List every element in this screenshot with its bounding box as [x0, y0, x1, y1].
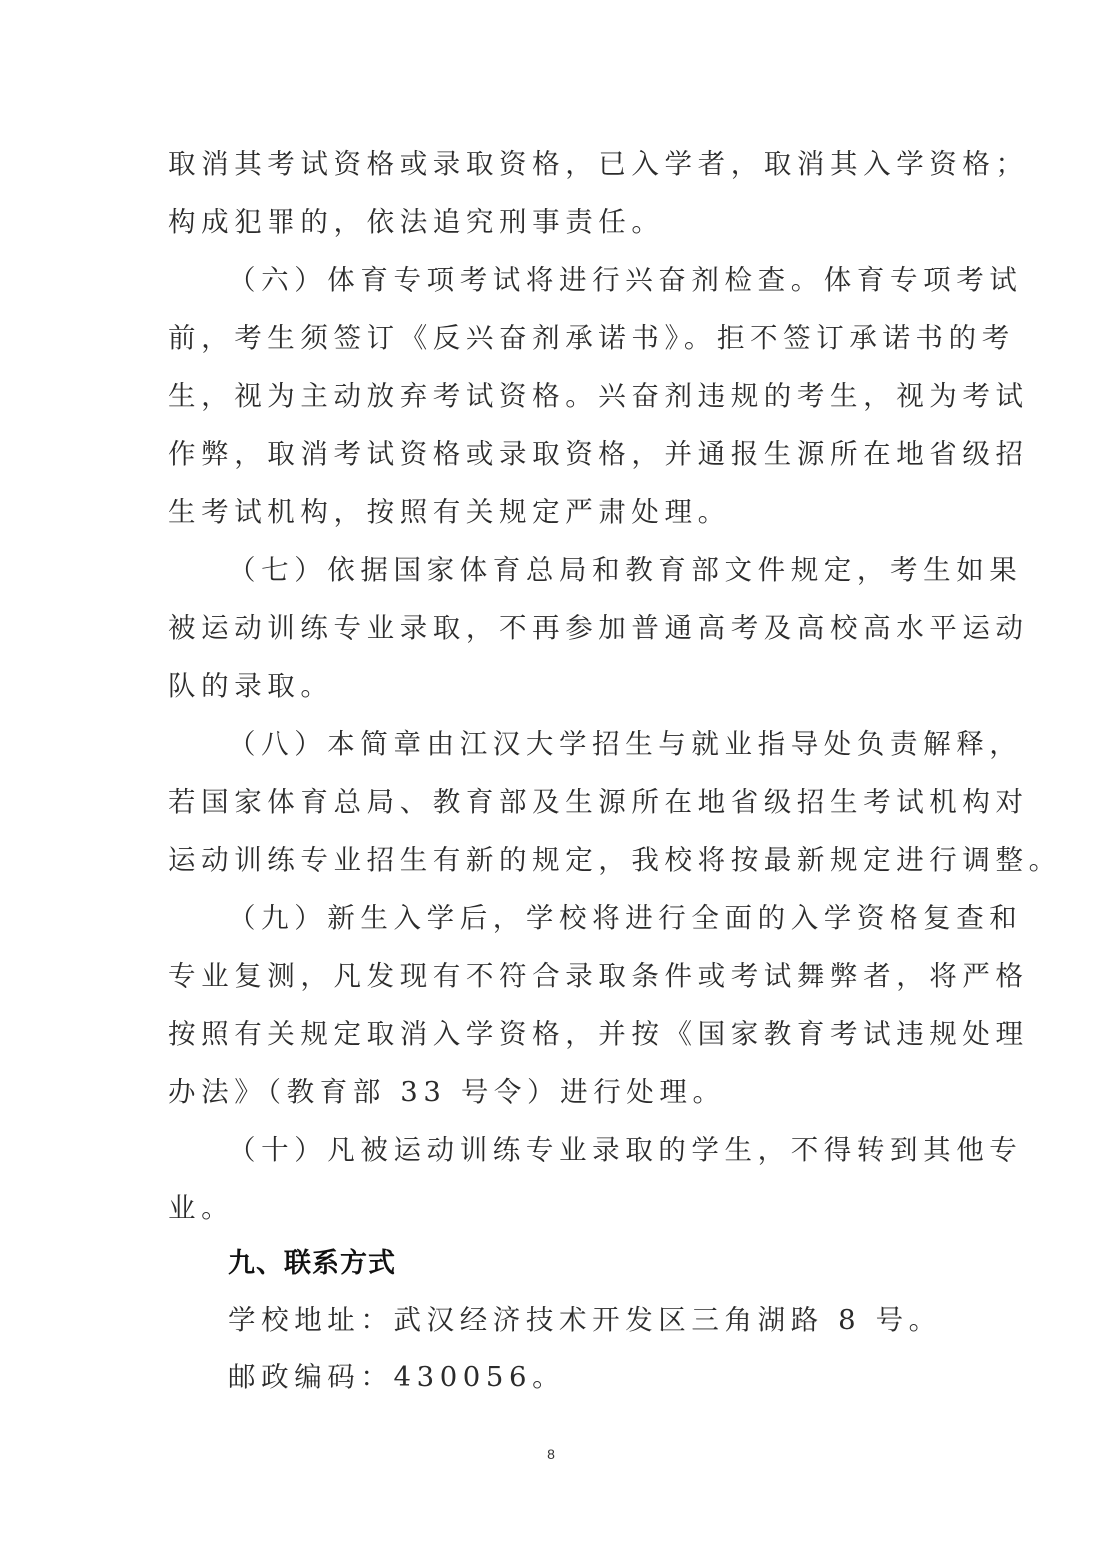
page-number: 8 — [0, 1446, 1102, 1462]
paragraph-line: 业。 — [168, 1188, 234, 1228]
document-page: 取消其考试资格或录取资格，已入学者，取消其入学资格； 构成犯罪的，依法追究刑事责… — [0, 0, 1102, 1559]
paragraph-line: 办法》（教育部 33 号令）进行处理。 — [168, 1072, 726, 1112]
paragraph-line: （九）新生入学后，学校将进行全面的入学资格复查和 — [228, 898, 1022, 938]
paragraph-line: （七）依据国家体育总局和教育部文件规定，考生如果 — [228, 550, 1022, 590]
paragraph-line: 按照有关规定取消入学资格，并按《国家教育考试违规处理 — [168, 1014, 1029, 1054]
postal-code: 邮政编码：430056。 — [228, 1357, 565, 1397]
school-address: 学校地址：武汉经济技术开发区三角湖路 8 号。 — [228, 1300, 942, 1340]
paragraph-line: 若国家体育总局、教育部及生源所在地省级招生考试机构对 — [168, 782, 1029, 822]
paragraph-line: （六）体育专项考试将进行兴奋剂检查。体育专项考试 — [228, 260, 1022, 300]
paragraph-line: 取消其考试资格或录取资格，已入学者，取消其入学资格； — [168, 144, 1029, 184]
paragraph-line: 队的录取。 — [168, 666, 334, 706]
paragraph-line: 构成犯罪的，依法追究刑事责任。 — [168, 202, 665, 242]
paragraph-line: 被运动训练专业录取，不再参加普通高考及高校高水平运动 — [168, 608, 1029, 648]
paragraph-line: 生考试机构，按照有关规定严肃处理。 — [168, 492, 731, 532]
section-heading: 九、联系方式 — [228, 1244, 396, 1284]
paragraph-line: 专业复测，凡发现有不符合录取条件或考试舞弊者，将严格 — [168, 956, 1029, 996]
paragraph-line: （八）本简章由江汉大学招生与就业指导处负责解释， — [228, 724, 1022, 764]
paragraph-line: 前，考生须签订《反兴奋剂承诺书》。拒不签订承诺书的考 — [168, 318, 1015, 358]
paragraph-line: （十）凡被运动训练专业录取的学生，不得转到其他专 — [228, 1130, 1022, 1170]
paragraph-line: 作弊，取消考试资格或录取资格，并通报生源所在地省级招 — [168, 434, 1029, 474]
paragraph-line: 生，视为主动放弃考试资格。兴奋剂违规的考生，视为考试 — [168, 376, 1029, 416]
paragraph-line: 运动训练专业招生有新的规定，我校将按最新规定进行调整。 — [168, 840, 1062, 880]
